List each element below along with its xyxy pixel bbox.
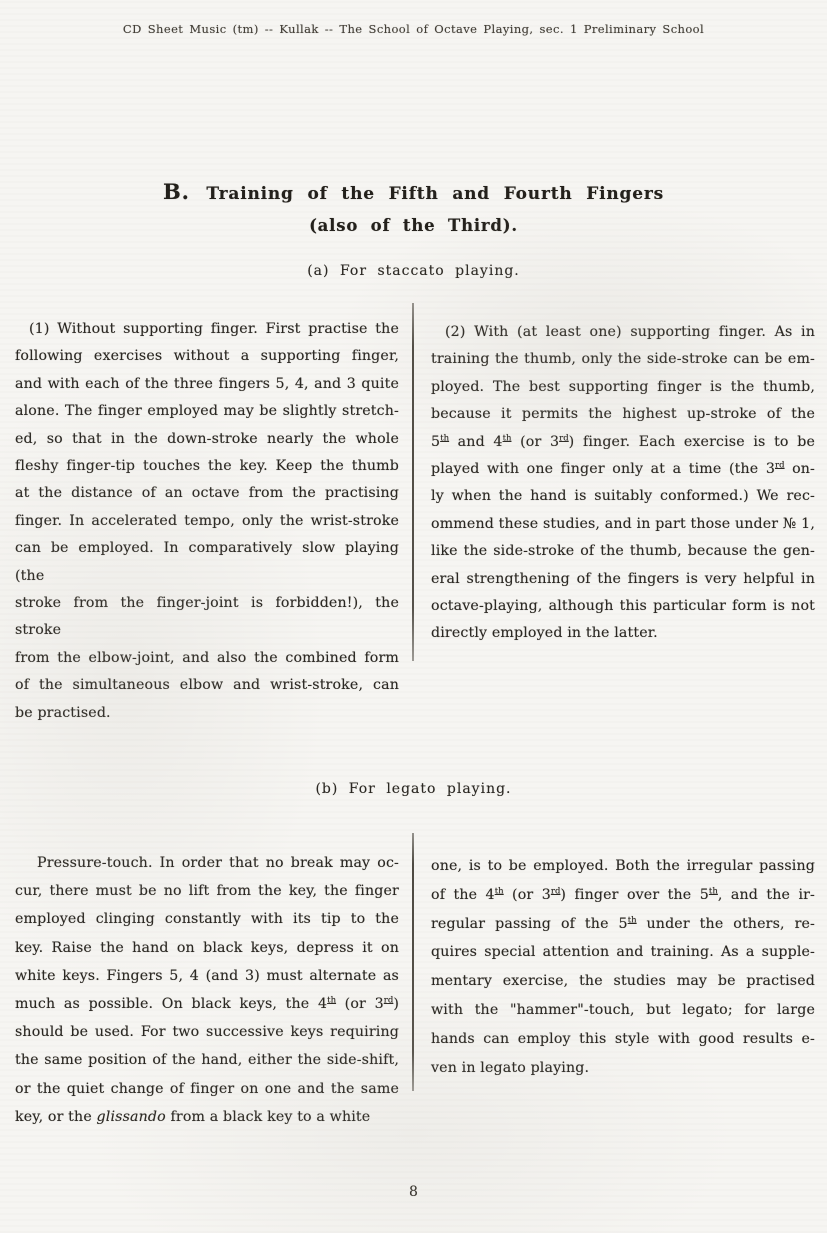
text-line: much as possible. On black keys, the 4th…: [15, 990, 399, 1018]
text-line: regular passing of the 5th under the oth…: [431, 910, 815, 939]
section-letter: B.: [163, 179, 190, 204]
text-line: like the side-stroke of the thumb, becau…: [431, 538, 815, 565]
text-line: of the 4th (or 3rd) finger over the 5th,…: [431, 881, 815, 910]
text-line: from the elbow-joint, and also the combi…: [15, 645, 399, 672]
text-line: hands can employ this style with good re…: [431, 1025, 815, 1054]
column-divider-rule: [412, 303, 414, 661]
text-line: training the thumb, only the side-stroke…: [431, 346, 815, 373]
column-staccato-left: (1) Without supporting finger. First pra…: [15, 316, 399, 727]
text-line: and with each of the three fingers 5, 4,…: [15, 371, 399, 398]
text-line: following exercises without a supporting…: [15, 343, 399, 370]
text-line: because it permits the highest up-stroke…: [431, 401, 815, 428]
text-line: key. Raise the hand on black keys, depre…: [15, 934, 399, 962]
page-title: B. Training of the Fifth and Fourth Fing…: [0, 179, 827, 204]
text-line: Pressure-touch. In order that no break m…: [15, 849, 399, 877]
text-line: ed, so that in the down-stroke nearly th…: [15, 426, 399, 453]
text-line: can be employed. In comparatively slow p…: [15, 535, 399, 590]
text-line: played with one finger only at a time (t…: [431, 456, 815, 483]
text-line: fleshy finger-tip touches the key. Keep …: [15, 453, 399, 480]
text-line: ployed. The best supporting finger is th…: [431, 374, 815, 401]
heading-legato-playing: (b) For legato playing.: [0, 781, 827, 797]
text-line: directly employed in the latter.: [431, 620, 815, 647]
column-staccato-right: (2) With (at least one) supporting finge…: [431, 319, 815, 648]
text-line: with the "hammer"-touch, but legato; for…: [431, 996, 815, 1025]
text-line: quires special attention and training. A…: [431, 938, 815, 967]
text-line: white keys. Fingers 5, 4 (and 3) must al…: [15, 962, 399, 990]
text-line: employed clinging constantly with its ti…: [15, 905, 399, 933]
text-line: or the quiet change of finger on one and…: [15, 1075, 399, 1103]
text-line: alone. The finger employed may be slight…: [15, 398, 399, 425]
text-line: 5th and 4th (or 3rd) finger. Each exerci…: [431, 429, 815, 456]
text-line: one, is to be employed. Both the irregul…: [431, 852, 815, 881]
text-line: finger. In accelerated tempo, only the w…: [15, 508, 399, 535]
page-subtitle: (also of the Third).: [0, 216, 827, 235]
text-line: of the simultaneous elbow and wrist-stro…: [15, 672, 399, 699]
text-line: ommend these studies, and in part those …: [431, 511, 815, 538]
text-line: key, or the glissando from a black key t…: [15, 1103, 399, 1131]
text-line: ly when the hand is suitably conformed.)…: [431, 483, 815, 510]
column-divider-rule: [412, 833, 414, 1091]
text-line: (2) With (at least one) supporting finge…: [431, 319, 815, 346]
column-legato-right: one, is to be employed. Both the irregul…: [431, 852, 815, 1082]
scanned-document-page: CD Sheet Music (tm) -- Kullak -- The Sch…: [0, 0, 827, 1233]
page-number: 8: [0, 1184, 827, 1200]
text-line: ven in legato playing.: [431, 1054, 815, 1083]
text-line: eral strengthening of the fingers is ver…: [431, 566, 815, 593]
text-line: the same position of the hand, either th…: [15, 1046, 399, 1074]
text-line: stroke from the finger-joint is forbidde…: [15, 590, 399, 645]
page-title-text: Training of the Fifth and Fourth Fingers: [206, 184, 664, 204]
column-legato-left: Pressure-touch. In order that no break m…: [15, 849, 399, 1131]
text-line: should be used. For two successive keys …: [15, 1018, 399, 1046]
text-line: mentary exercise, the studies may be pra…: [431, 967, 815, 996]
text-line: at the distance of an octave from the pr…: [15, 480, 399, 507]
text-line: be practised.: [15, 700, 399, 727]
running-header: CD Sheet Music (tm) -- Kullak -- The Sch…: [0, 22, 827, 36]
text-line: octave-playing, although this particular…: [431, 593, 815, 620]
text-line: cur, there must be no lift from the key,…: [15, 877, 399, 905]
heading-staccato-playing: (a) For staccato playing.: [0, 263, 827, 279]
text-line: (1) Without supporting finger. First pra…: [15, 316, 399, 343]
